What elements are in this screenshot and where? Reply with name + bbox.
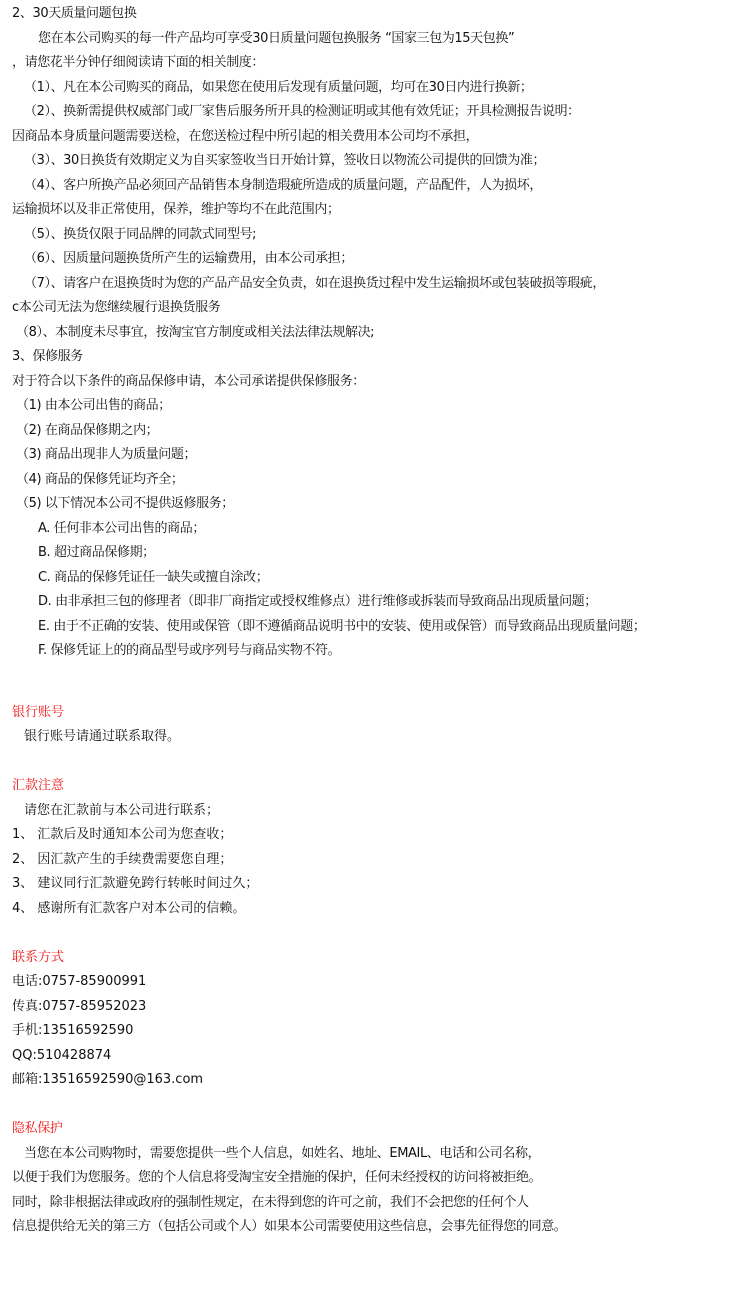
section-title: 2、30天质量问题包换: [12, 2, 748, 27]
section-heading: 联系方式: [12, 946, 748, 971]
section-heading: 银行账号: [12, 701, 748, 726]
intro-text: ，请您花半分钟仔细阅读请下面的相关制度：: [12, 51, 748, 76]
rule-item: 运输损坏以及非正常使用，保养，维护等均不在此范围内；: [12, 198, 748, 223]
rule-item: （4）、客户所换产品必须回产品销售本身制造瑕疵所造成的质量问题，产品配件，人为损…: [12, 174, 748, 199]
section-remittance: 汇款注意 请您在汇款前与本公司进行联系； 1、 汇款后及时通知本公司为您查收； …: [12, 774, 748, 921]
bank-info-text: 银行账号请通过联系取得。: [12, 725, 748, 750]
section-quality-exchange: 2、30天质量问题包换 您在本公司购买的每一件产品均可享受30日质量问题包换服务…: [12, 2, 748, 345]
rule-item: （2）、换新需提供权威部门或厂家售后服务所开具的检测证明或其他有效凭证；开具检测…: [12, 100, 748, 125]
privacy-text: 信息提供给无关的第三方（包括公司或个人）如果本公司需要使用这些信息，会事先征得您…: [12, 1215, 748, 1240]
privacy-text: 当您在本公司购物时，需要您提供一些个人信息，如姓名、地址、EMAIL、电话和公司…: [12, 1142, 748, 1167]
section-contact: 联系方式 电话:0757-85900991 传真:0757-85952023 手…: [12, 946, 748, 1093]
remittance-item: 4、 感谢所有汇款客户对本公司的信赖。: [12, 897, 748, 922]
contact-email: 邮箱:13516592590@163.com: [12, 1068, 748, 1093]
privacy-text: 以便于我们为您服务。您的个人信息将受淘宝安全措施的保护，任何未经授权的访问将被拒…: [12, 1166, 748, 1191]
spacer: [12, 750, 748, 775]
section-heading: 隐私保护: [12, 1117, 748, 1142]
policy-document: 2、30天质量问题包换 您在本公司购买的每一件产品均可享受30日质量问题包换服务…: [12, 2, 748, 1240]
condition-item: （1) 由本公司出售的商品；: [12, 394, 748, 419]
remittance-item: 2、 因汇款产生的手续费需要您自理；: [12, 848, 748, 873]
spacer: [12, 921, 748, 946]
section-heading: 汇款注意: [12, 774, 748, 799]
intro-text: 您在本公司购买的每一件产品均可享受30日质量问题包换服务 “国家三包为15天包换…: [12, 27, 748, 52]
rule-item: （3）、30日换货有效期定义为自买家签收当日开始计算，签收日以物流公司提供的回馈…: [12, 149, 748, 174]
exclusion-item: A. 任何非本公司出售的商品；: [12, 517, 748, 542]
contact-qq: QQ:510428874: [12, 1044, 748, 1069]
rule-item: （1）、凡在本公司购买的商品，如果您在使用后发现有质量问题，均可在30日内进行换…: [12, 76, 748, 101]
condition-item: （4) 商品的保修凭证均齐全；: [12, 468, 748, 493]
spacer: [12, 664, 748, 701]
contact-fax: 传真:0757-85952023: [12, 995, 748, 1020]
rule-item: （6）、因质量问题换货所产生的运输费用，由本公司承担；: [12, 247, 748, 272]
exclusion-item: C. 商品的保修凭证任一缺失或擅自涂改；: [12, 566, 748, 591]
exclusion-item: F. 保修凭证上的的商品型号或序列号与商品实物不符。: [12, 639, 748, 664]
rule-item: 因商品本身质量问题需要送检，在您送检过程中所引起的相关费用本公司均不承担，: [12, 125, 748, 150]
exclusion-item: E. 由于不正确的安装、使用或保管（即不遵循商品说明书中的安装、使用或保管）而导…: [12, 615, 748, 640]
spacer: [12, 1093, 748, 1118]
rule-item: （5）、换货仅限于同品牌的同款式同型号;: [12, 223, 748, 248]
section-warranty: 3、保修服务 对于符合以下条件的商品保修申请，本公司承诺提供保修服务： （1) …: [12, 345, 748, 664]
intro-text: 对于符合以下条件的商品保修申请，本公司承诺提供保修服务：: [12, 370, 748, 395]
contact-mobile: 手机:13516592590: [12, 1019, 748, 1044]
section-title: 3、保修服务: [12, 345, 748, 370]
rule-item: c本公司无法为您继续履行退换货服务: [12, 296, 748, 321]
remittance-item: 3、 建议同行汇款避免跨行转帐时间过久；: [12, 872, 748, 897]
section-privacy: 隐私保护 当您在本公司购物时，需要您提供一些个人信息，如姓名、地址、EMAIL、…: [12, 1117, 748, 1240]
exclusion-item: B. 超过商品保修期；: [12, 541, 748, 566]
condition-item: （5) 以下情况本公司不提供返修服务；: [12, 492, 748, 517]
intro-text: 请您在汇款前与本公司进行联系；: [12, 799, 748, 824]
contact-phone: 电话:0757-85900991: [12, 970, 748, 995]
section-bank: 银行账号 银行账号请通过联系取得。: [12, 701, 748, 750]
rule-item: （8）、本制度未尽事宜，按淘宝官方制度或相关法法律法规解决;: [12, 321, 748, 346]
exclusion-item: D. 由非承担三包的修理者（即非厂商指定或授权维修点）进行维修或拆装而导致商品出…: [12, 590, 748, 615]
remittance-item: 1、 汇款后及时通知本公司为您查收；: [12, 823, 748, 848]
condition-item: （3) 商品出现非人为质量问题；: [12, 443, 748, 468]
rule-item: （7）、请客户在退换货时为您的产品产品安全负责，如在退换货过程中发生运输损坏或包…: [12, 272, 748, 297]
condition-item: （2) 在商品保修期之内；: [12, 419, 748, 444]
privacy-text: 同时，除非根据法律或政府的强制性规定，在未得到您的许可之前，我们不会把您的任何个…: [12, 1191, 748, 1216]
